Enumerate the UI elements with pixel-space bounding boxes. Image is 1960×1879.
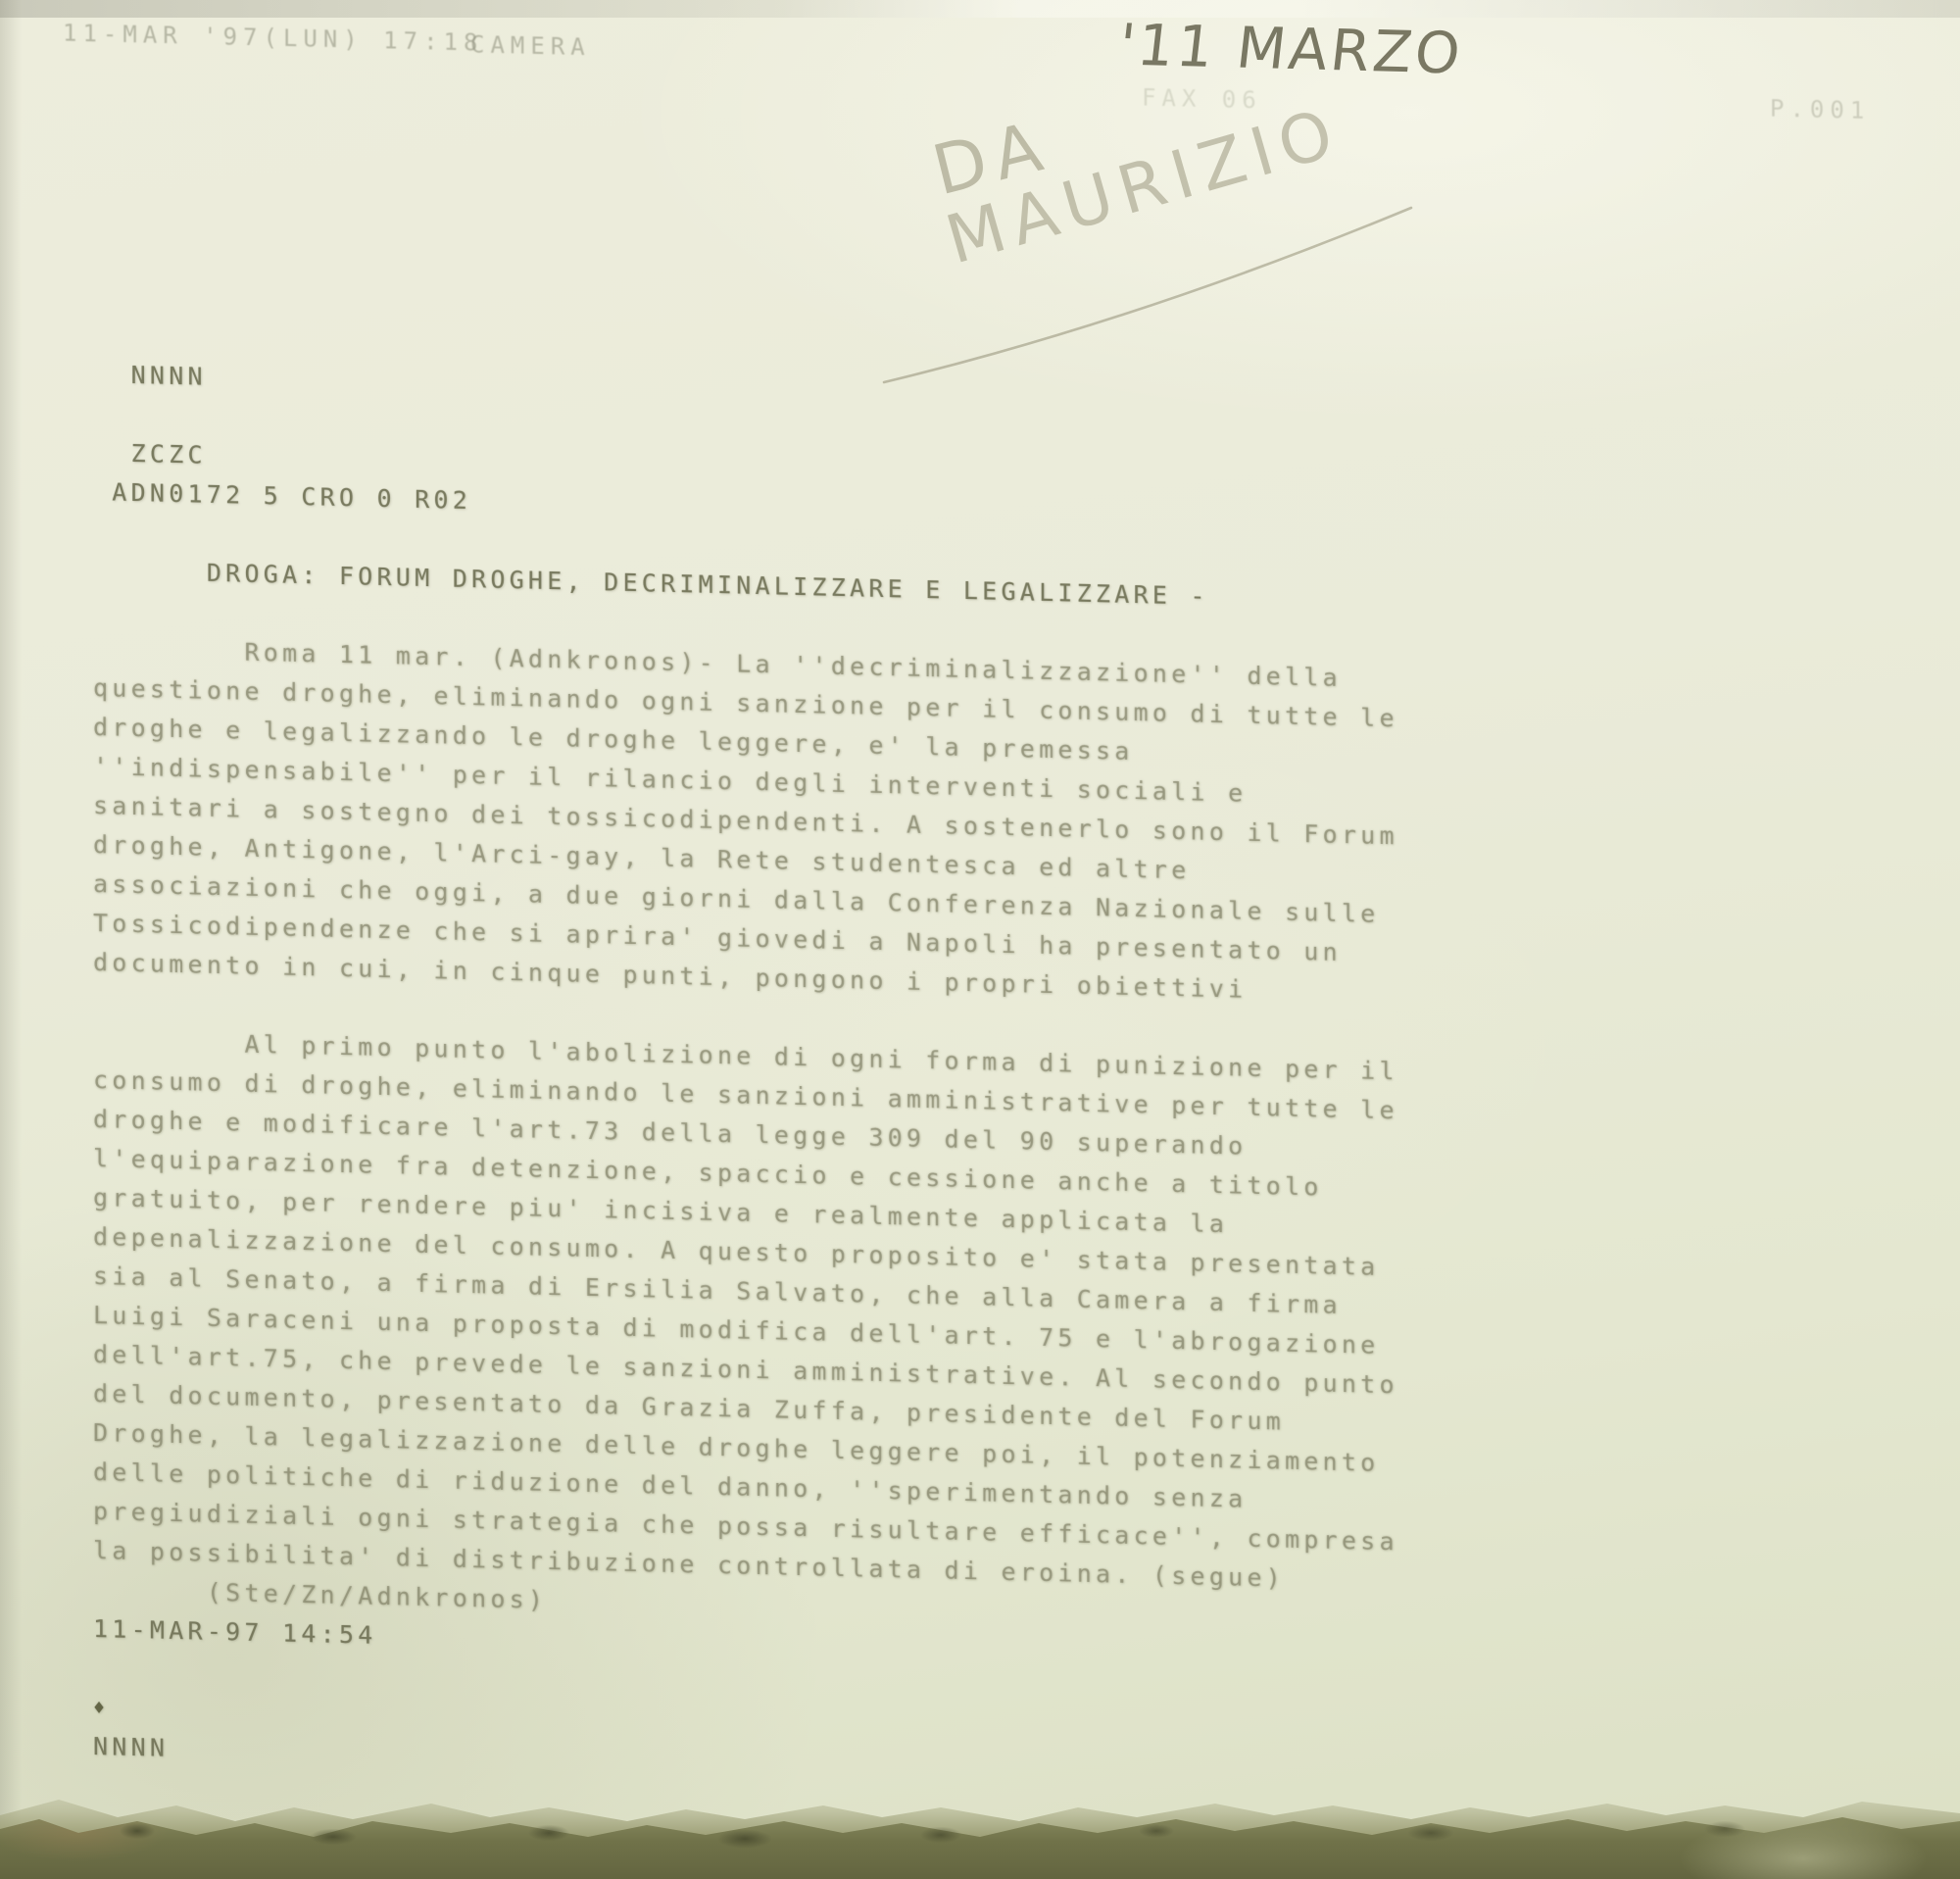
fax-header-fax-number: FAX 06	[1142, 83, 1262, 114]
fax-header-datetime: 11-MAR '97(LUN) 17:18	[63, 20, 483, 57]
telex-message-body: NNNN ZCZC ADN0172 5 CRO 0 R02 DROGA: FOR…	[93, 355, 1583, 1802]
torn-edge-dark-spots	[0, 1804, 1960, 1862]
scanned-fax-page: 11-MAR '97(LUN) 17:18 CAMERA FAX 06 P.00…	[0, 0, 1960, 1879]
handwritten-date-note: '11 MARZO	[1115, 12, 1466, 87]
scanner-edge-shadow-left	[0, 0, 22, 1879]
scanner-edge-shadow-top	[0, 0, 1960, 18]
fax-header-page-number: P.001	[1770, 95, 1870, 124]
fax-header-sender: CAMERA	[470, 30, 591, 61]
